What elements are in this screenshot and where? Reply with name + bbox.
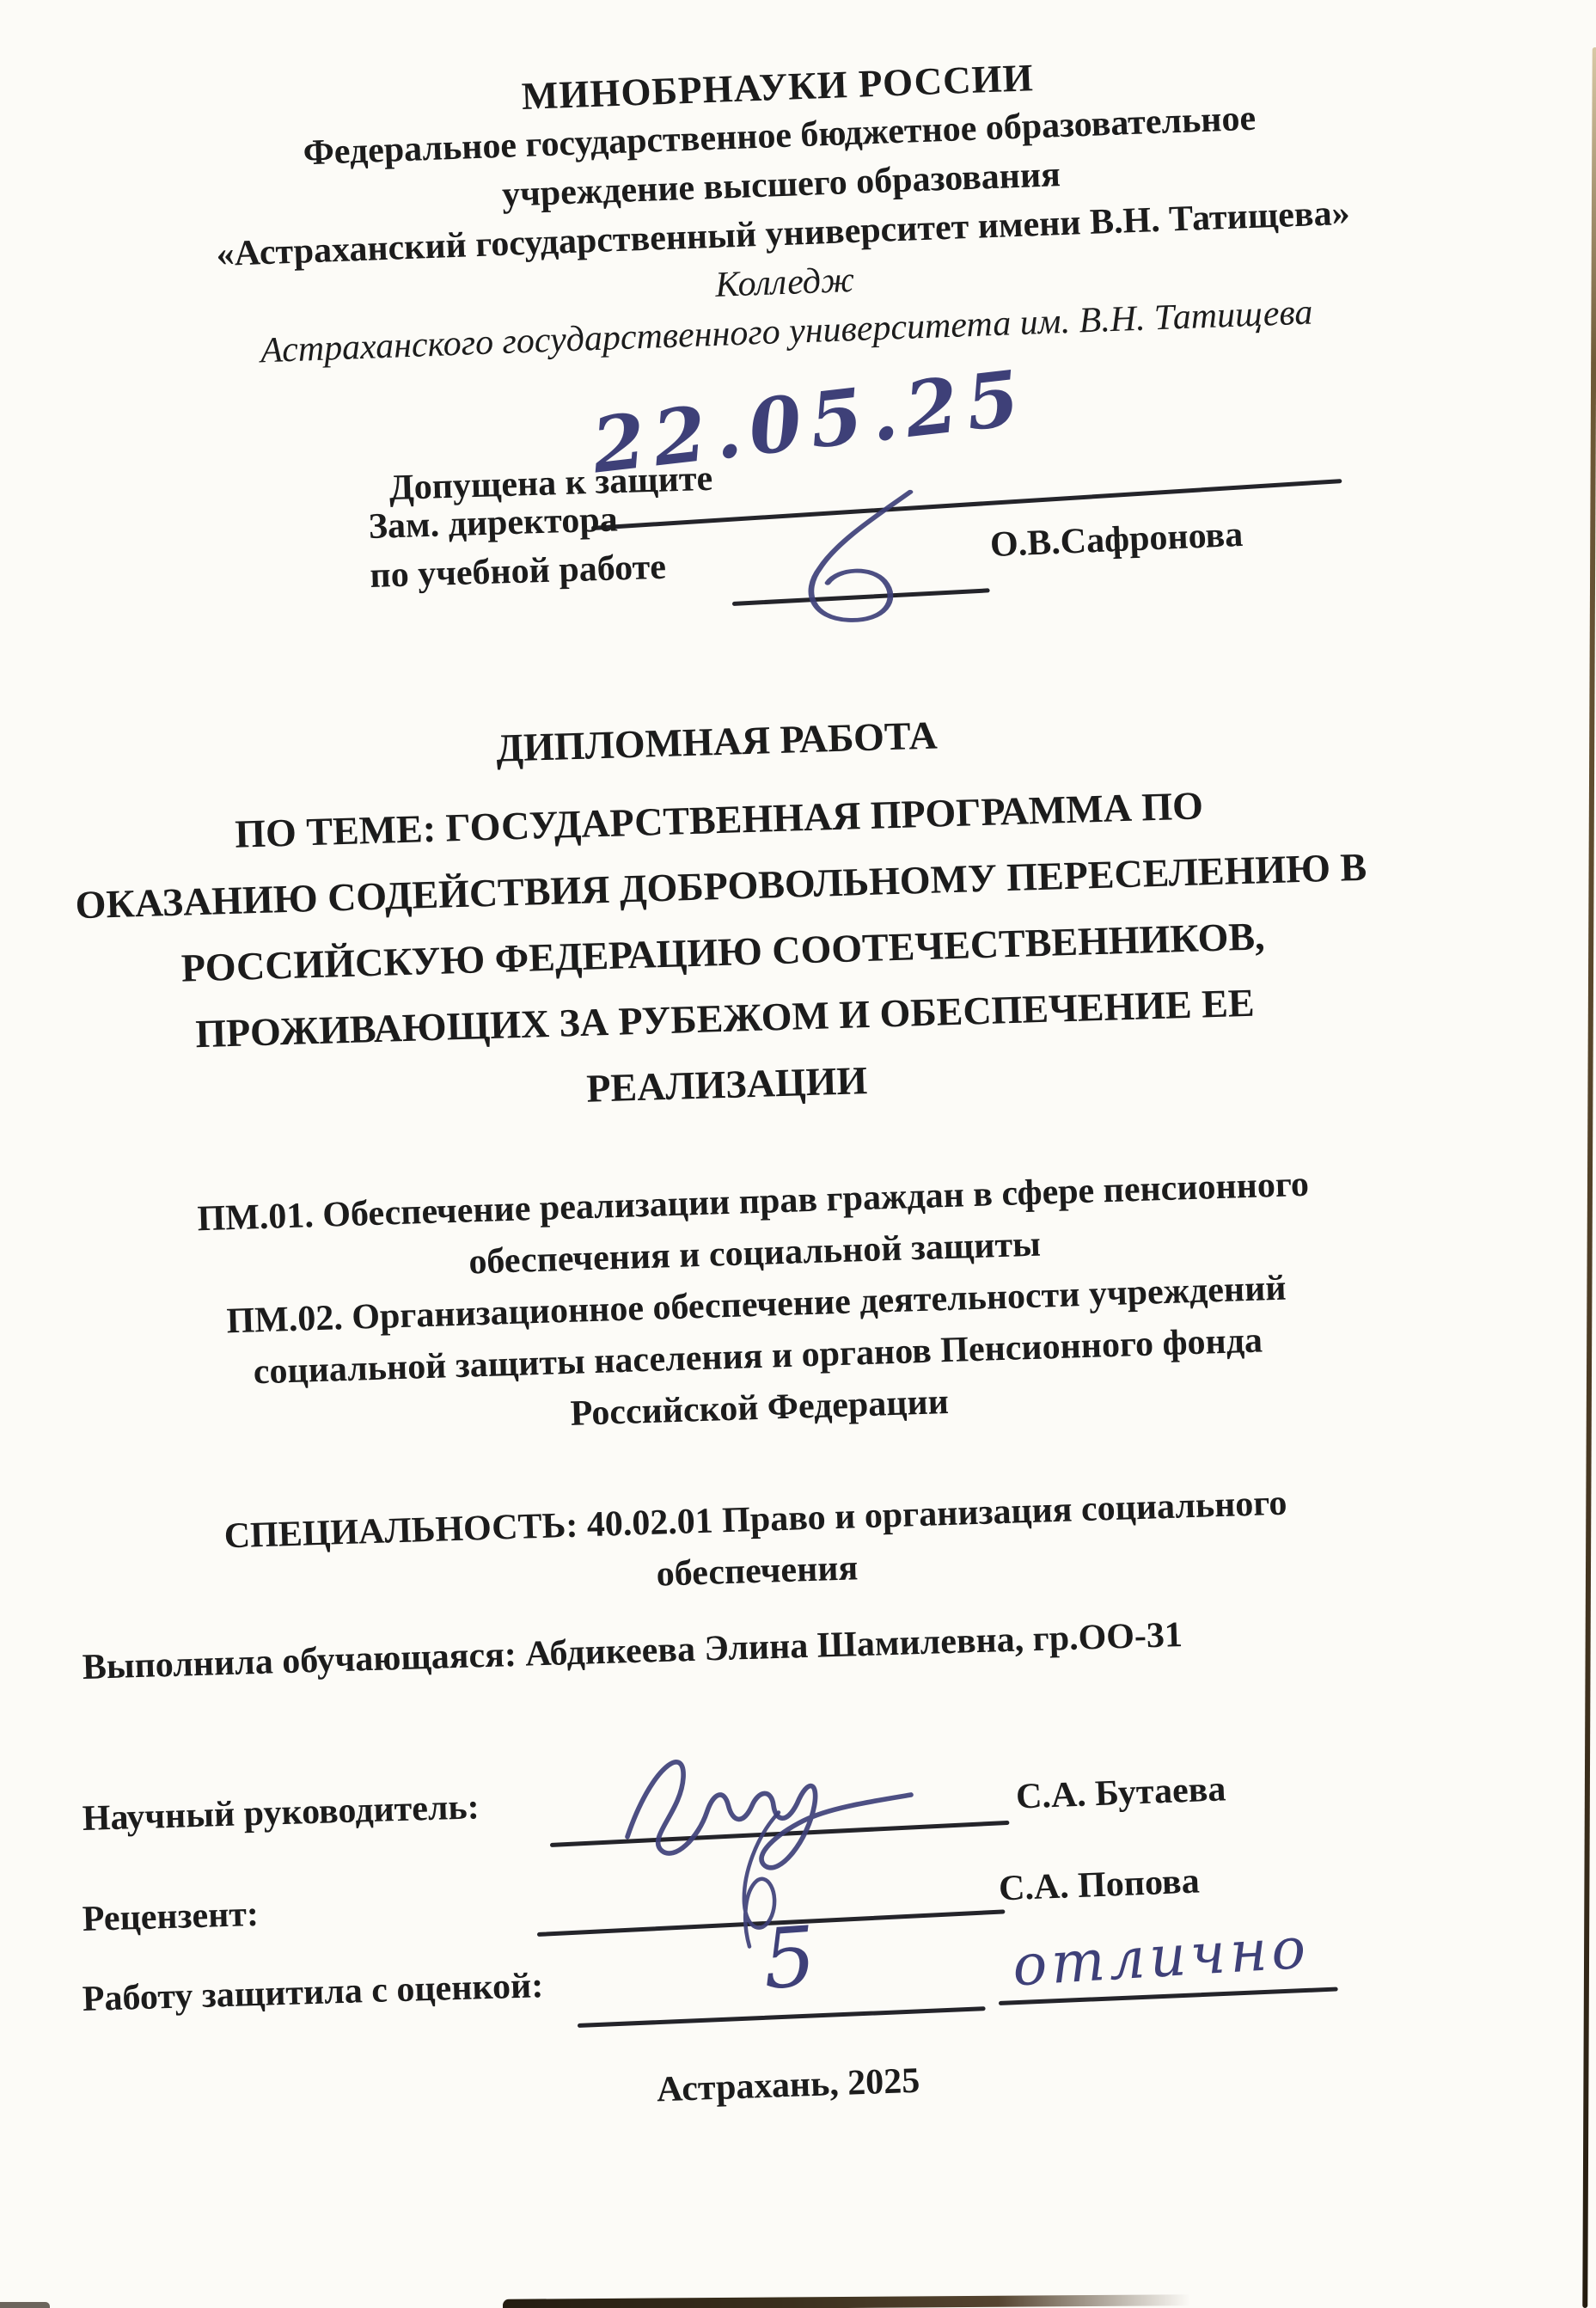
supervisor-name: С.А. Бутаева [1015, 1765, 1226, 1821]
reviewer-label: Рецензент: [82, 1890, 260, 1944]
deputy-signature [786, 488, 915, 630]
deputy-line-1: Зам. директора [368, 494, 665, 552]
reviewer-name: С.А. Попова [998, 1858, 1201, 1914]
grade-underline-1 [578, 2006, 986, 2028]
deputy-name: О.В.Сафронова [989, 511, 1244, 570]
grade-label: Работу защитила с оценкой: [82, 1962, 544, 2024]
supervisor-label: Научный руководитель: [82, 1783, 480, 1844]
grade-word-handwriting: отлично [1011, 1915, 1312, 1999]
thesis-title-block: ДИПЛОМНАЯ РАБОТА ПО ТЕМЕ: ГОСУДАРСТВЕННА… [54, 699, 1389, 1136]
grade-value-handwriting: 5 [760, 1908, 819, 2008]
deputy-director-label: Зам. директора по учебной работе [368, 494, 667, 601]
university-header: МИНОБРНАУКИ РОССИИ Федеральное государст… [46, 35, 1517, 383]
professional-modules-block: ПМ.01. Обеспечение реализации прав гражд… [48, 1154, 1465, 1455]
scan-corner-bottom-left [0, 2302, 50, 2308]
scanned-title-page: МИНОБРНАУКИ РОССИИ Федеральное государст… [0, 0, 1596, 2308]
admitted-date-handwriting: 22.05.25 [588, 352, 1032, 491]
scan-edge-right [1582, 47, 1596, 2308]
work-type-title: ДИПЛОМНАЯ РАБОТА [54, 699, 1379, 784]
deputy-line-2: по учебной работе [370, 543, 667, 601]
scan-edge-bottom [503, 2294, 1190, 2308]
student-line: Выполнила обучающаяся: Абдикеева Элина Ш… [82, 1611, 1183, 1693]
city-year-line: Астрахань, 2025 [656, 2057, 920, 2115]
specialty-block: СПЕЦИАЛЬНОСТЬ: 40.02.01 Право и организа… [51, 1472, 1463, 1619]
